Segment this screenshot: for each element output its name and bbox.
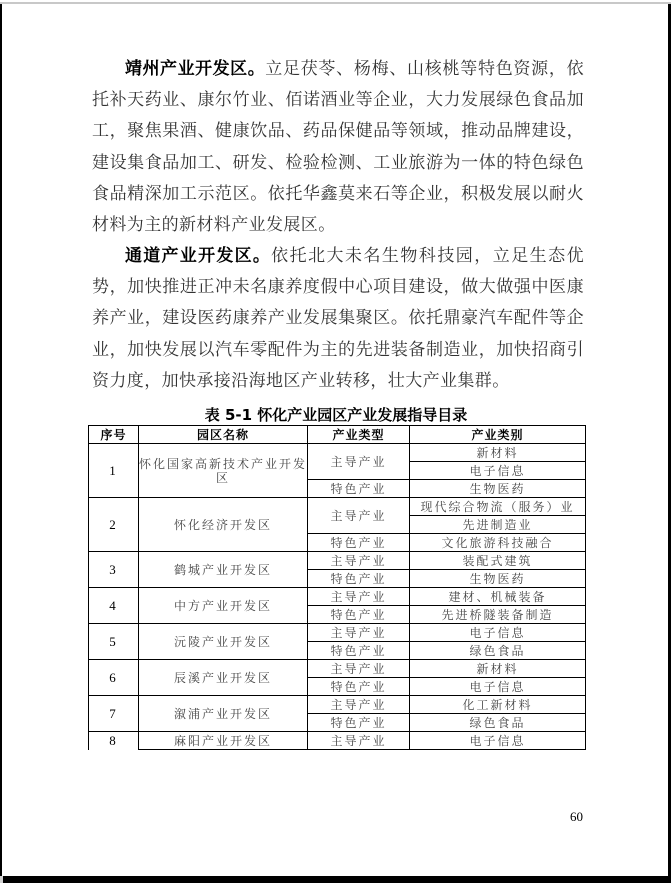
paragraph-lead-heading: 靖州产业开发区。 (125, 59, 265, 79)
cell-industry-category: 文化旅游科技融合 (410, 534, 586, 552)
cell-industry-category: 装配式建筑 (410, 552, 586, 570)
cell-industry-type: 主导产业 (308, 732, 410, 750)
cell-park-name: 麻阳产业开发区 (139, 732, 308, 750)
cell-seq: 6 (89, 660, 139, 696)
industry-catalog-table: 序号 园区名称 产业类型 产业类别 1怀化国家高新技术产业开发区主导产业新材料电… (88, 425, 586, 750)
table-row: 3鹤城产业开发区主导产业装配式建筑 (89, 552, 586, 570)
cell-industry-type: 特色产业 (308, 570, 410, 588)
table-row: 2怀化经济开发区主导产业现代综合物流（服务）业 (89, 498, 586, 516)
cell-industry-category: 先进桥隧装备制造 (410, 606, 586, 624)
cell-industry-category: 生物医药 (410, 570, 586, 588)
cell-park-name: 溆浦产业开发区 (139, 696, 308, 732)
cell-seq: 2 (89, 498, 139, 552)
cell-park-name: 中方产业开发区 (139, 588, 308, 624)
cell-park-name: 鹤城产业开发区 (139, 552, 308, 588)
page-left-border (0, 4, 2, 876)
cell-industry-type: 主导产业 (308, 696, 410, 714)
cell-industry-type: 主导产业 (308, 444, 410, 480)
table-row: 4中方产业开发区主导产业建材、机械装备 (89, 588, 586, 606)
cell-seq: 5 (89, 624, 139, 660)
cell-industry-category: 新材料 (410, 444, 586, 462)
cell-industry-type: 特色产业 (308, 678, 410, 696)
table-row: 8麻阳产业开发区主导产业电子信息 (89, 732, 586, 750)
cell-industry-category: 绿色食品 (410, 642, 586, 660)
column-header-park: 园区名称 (139, 426, 308, 444)
cell-seq: 7 (89, 696, 139, 732)
table-row: 7溆浦产业开发区主导产业化工新材料 (89, 696, 586, 714)
cell-industry-type: 主导产业 (308, 552, 410, 570)
column-header-seq: 序号 (89, 426, 139, 444)
cell-industry-type: 特色产业 (308, 606, 410, 624)
cell-industry-category: 先进制造业 (410, 516, 586, 534)
paragraph-jingzhou: 靖州产业开发区。立足茯苓、杨梅、山核桃等特色资源，依托补天药业、康尔竹业、佰诺酒… (92, 54, 584, 241)
cell-industry-type: 主导产业 (308, 624, 410, 642)
column-header-type: 产业类型 (308, 426, 410, 444)
paragraph-body: 立足茯苓、杨梅、山核桃等特色资源，依托补天药业、康尔竹业、佰诺酒业等企业，大力发… (92, 59, 584, 235)
cell-industry-category: 电子信息 (410, 678, 586, 696)
cell-seq: 8 (89, 732, 139, 750)
cell-industry-category: 电子信息 (410, 732, 586, 750)
cell-industry-category: 建材、机械装备 (410, 588, 586, 606)
cell-industry-category: 化工新材料 (410, 696, 586, 714)
paragraph-tongdao: 通道产业开发区。依托北大未名生物科技园，立足生态优势，加快推进正冲未名康养度假中… (92, 241, 584, 397)
cell-seq: 1 (89, 444, 139, 498)
cell-industry-type: 主导产业 (308, 588, 410, 606)
table-header-row: 序号 园区名称 产业类型 产业类别 (89, 426, 586, 444)
page-top-edge (0, 2, 671, 4)
cell-industry-type: 特色产业 (308, 714, 410, 732)
cell-seq: 3 (89, 552, 139, 588)
cell-park-name: 怀化经济开发区 (139, 498, 308, 552)
cell-industry-type: 特色产业 (308, 642, 410, 660)
cell-industry-category: 电子信息 (410, 624, 586, 642)
paragraph-body: 依托北大未名生物科技园，立足生态优势，加快推进正冲未名康养度假中心项目建设，做大… (92, 246, 584, 391)
paragraph-tongdao-text: 通道产业开发区。依托北大未名生物科技园，立足生态优势，加快推进正冲未名康养度假中… (92, 241, 584, 397)
cell-industry-category: 电子信息 (410, 462, 586, 480)
cell-industry-type: 特色产业 (308, 480, 410, 498)
cell-industry-type: 主导产业 (308, 498, 410, 534)
page-number: 60 (570, 809, 583, 825)
table-row: 5沅陵产业开发区主导产业电子信息 (89, 624, 586, 642)
cell-industry-category: 现代综合物流（服务）业 (410, 498, 586, 516)
table-row: 6辰溪产业开发区主导产业新材料 (89, 660, 586, 678)
cell-industry-category: 新材料 (410, 660, 586, 678)
cell-park-name: 辰溪产业开发区 (139, 660, 308, 696)
paragraph-jingzhou-text: 靖州产业开发区。立足茯苓、杨梅、山核桃等特色资源，依托补天药业、康尔竹业、佰诺酒… (92, 54, 584, 241)
table-title: 表 5-1 怀化产业园区产业发展指导目录 (88, 404, 584, 425)
cell-industry-type: 主导产业 (308, 660, 410, 678)
paragraph-lead-heading: 通道产业开发区。 (125, 246, 271, 266)
cell-seq: 4 (89, 588, 139, 624)
cell-park-name: 沅陵产业开发区 (139, 624, 308, 660)
cell-park-name: 怀化国家高新技术产业开发区 (139, 444, 308, 498)
cell-industry-category: 生物医药 (410, 480, 586, 498)
table-row: 1怀化国家高新技术产业开发区主导产业新材料 (89, 444, 586, 462)
page-bottom-border (3, 876, 671, 883)
column-header-category: 产业类别 (410, 426, 586, 444)
cell-industry-type: 特色产业 (308, 534, 410, 552)
cell-industry-category: 绿色食品 (410, 714, 586, 732)
